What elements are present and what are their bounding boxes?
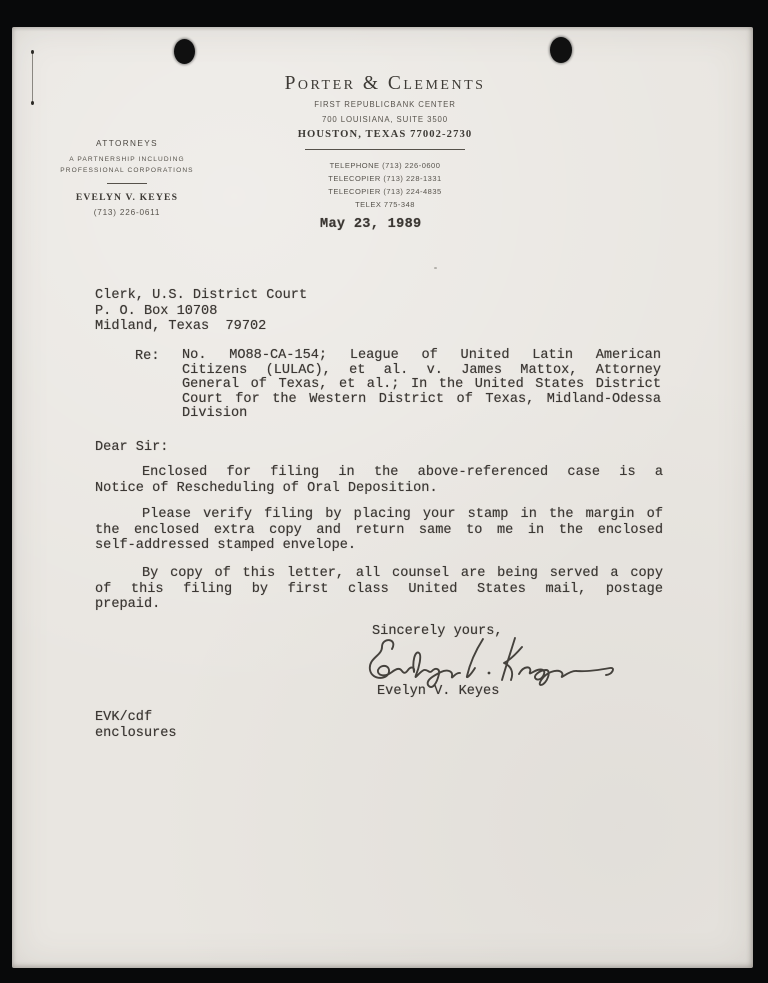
body-paragraph-3: By copy of this letter, all counsel are … — [95, 566, 663, 613]
text-line: the enclosed extra copy and return same … — [95, 523, 663, 539]
attorneys-divider — [107, 183, 147, 184]
text-line: P. O. Box 10708 — [95, 304, 515, 320]
text-line: PROFESSIONAL CORPORATIONS — [47, 165, 207, 176]
attorney-phone: (713) 226-0611 — [47, 207, 207, 218]
reference-initials: EVK/cdf — [95, 710, 152, 726]
text-line: Please verify filing by placing your sta… — [95, 507, 663, 523]
text-line: Notice of Rescheduling of Oral Depositio… — [95, 481, 663, 497]
letter-date: May 23, 1989 — [320, 217, 422, 233]
firm-city: HOUSTON, TEXAS 77002-2730 — [180, 129, 590, 141]
typed-signature-name: Evelyn V. Keyes — [377, 684, 499, 700]
firm-street: 700 LOUISIANA, SUITE 3500 — [180, 115, 590, 124]
text-line: of this filing by first class United Sta… — [95, 582, 663, 598]
letterhead-divider — [305, 149, 465, 150]
text-line: TELEX 775-348 — [180, 198, 590, 211]
text-line: TELECOPIER (713) 224-4835 — [180, 185, 590, 198]
letter-page: Porter & Clements FIRST REPUBLICBANK CEN… — [12, 27, 753, 968]
letterhead: Porter & Clements FIRST REPUBLICBANK CEN… — [180, 73, 590, 211]
text-line: A PARTNERSHIP INCLUDING — [47, 154, 207, 165]
firm-name: Porter & Clements — [180, 73, 590, 94]
text-line: Midland, Texas 79702 — [95, 319, 515, 335]
attorney-name: EVELYN V. KEYES — [47, 192, 207, 204]
punch-hole-icon — [174, 39, 195, 64]
text-line: prepaid. — [95, 597, 663, 613]
punch-hole-icon — [550, 37, 572, 63]
body-paragraph-1: Enclosed for filing in the above-referen… — [95, 465, 663, 496]
firm-phone-list: TELEPHONE (713) 226-0600TELECOPIER (713)… — [180, 159, 590, 211]
recipient-address: Clerk, U.S. District CourtP. O. Box 1070… — [95, 288, 515, 335]
staple-mark — [32, 52, 33, 103]
re-label: Re: — [135, 349, 159, 365]
firm-building: FIRST REPUBLICBANK CENTER — [180, 100, 590, 109]
salutation: Dear Sir: — [95, 440, 168, 456]
text-line: Enclosed for filing in the above-referen… — [95, 465, 663, 481]
body-paragraph-2: Please verify filing by placing your sta… — [95, 507, 663, 554]
text-line: self-addressed stamped envelope. — [95, 538, 663, 554]
attorneys-heading: ATTORNEYS — [47, 139, 207, 149]
re-subject: No. MO88-CA-154; League of United Latin … — [182, 349, 661, 422]
scan-background: { "scan": { "background_color": "#08090a… — [0, 0, 768, 983]
text-line: Court for the Western District of Texas,… — [182, 393, 661, 408]
partnership-note: A PARTNERSHIP INCLUDINGPROFESSIONAL CORP… — [47, 154, 207, 176]
attorneys-block: ATTORNEYS A PARTNERSHIP INCLUDINGPROFESS… — [47, 139, 207, 218]
text-line: TELEPHONE (713) 226-0600 — [180, 159, 590, 172]
text-line: Division — [182, 407, 661, 422]
text-line: TELECOPIER (713) 228-1331 — [180, 172, 590, 185]
text-line: Clerk, U.S. District Court — [95, 288, 515, 304]
text-line: By copy of this letter, all counsel are … — [95, 566, 663, 582]
enclosure-note: enclosures — [95, 726, 177, 742]
text-line: No. MO88-CA-154; League of United Latin … — [182, 349, 661, 364]
text-line: Citizens (LULAC), et al. v. James Mattox… — [182, 364, 661, 379]
text-line: General of Texas, et al.; In the United … — [182, 378, 661, 393]
scan-speck — [434, 267, 437, 269]
